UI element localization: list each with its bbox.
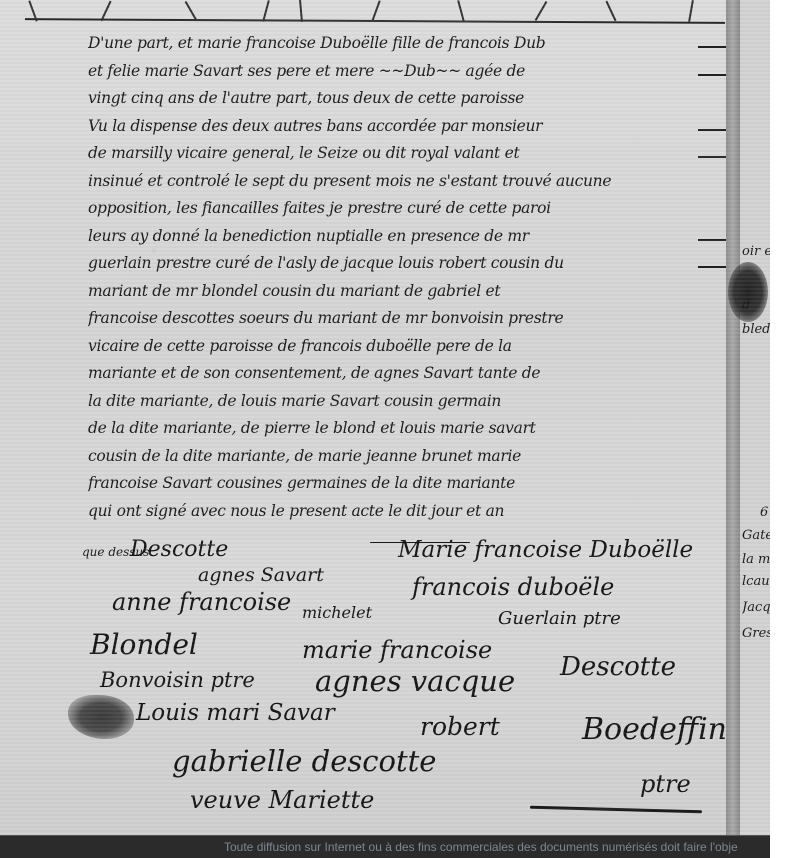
- signature-underline: [530, 806, 702, 814]
- manuscript-line: la dite mariante, de louis marie Savart …: [88, 388, 728, 416]
- right-margin-fragment: d: [742, 298, 770, 313]
- right-margin-fragment: la mar: [742, 552, 770, 567]
- book-gutter: [726, 0, 740, 835]
- manuscript-line: vicaire de cette paroisse de francois du…: [88, 333, 728, 361]
- manuscript-line: mariant de mr blondel cousin du mariant …: [88, 278, 728, 306]
- signature-boedeffin: Boedeffin: [582, 712, 727, 747]
- flourish-stroke: [535, 1, 548, 21]
- signature-gabrielle-descotte: gabrielle descotte: [172, 744, 436, 778]
- flourish-stroke: [371, 0, 380, 21]
- manuscript-line: de marsilly vicaire general, le Seize ou…: [88, 140, 728, 168]
- signature-agnes-vacque: agnes vacque: [315, 664, 515, 698]
- manuscript-line: de la dite mariante, de pierre le blond …: [88, 415, 728, 443]
- manuscript-line: Vu la dispense des deux autres bans acco…: [88, 113, 728, 141]
- signature-ptre: ptre: [640, 770, 691, 798]
- manuscript-line: mariante et de son consentement, de agne…: [88, 360, 728, 388]
- signature-bonvoisin-ptre: Bonvoisin ptre: [100, 668, 255, 692]
- manuscript-body: D'une part, et marie francoise Duboëlle …: [88, 30, 728, 525]
- manuscript-line: opposition, les fiancailles faites je pr…: [88, 195, 728, 223]
- blank-margin: [770, 0, 800, 858]
- signature-rule: [370, 542, 470, 543]
- scanned-register-page: D'une part, et marie francoise Duboëlle …: [0, 0, 770, 835]
- signature-louis-mari-savar: Louis mari Savar: [136, 700, 335, 726]
- signature-francois-duboelle: francois duboële: [412, 573, 614, 601]
- right-margin-fragment: Jacque: [742, 600, 770, 615]
- manuscript-line: cousin de la dite mariante, de marie jea…: [88, 443, 728, 471]
- manuscript-line: vingt cinq ans de l'autre part, tous deu…: [88, 85, 728, 113]
- ink-stain: [68, 695, 134, 739]
- signature-agnes-savart: agnes Savart: [198, 564, 324, 586]
- signature-michelet: michelet: [302, 603, 372, 622]
- right-margin-fragment: bled: [742, 322, 770, 337]
- signature-blondel: Blondel: [90, 628, 198, 661]
- right-margin-fragment: Gatem: [742, 528, 770, 543]
- right-margin-fragment: 6: [760, 505, 770, 520]
- manuscript-line: insinué et controlé le sept du present m…: [88, 168, 728, 196]
- top-rule-line: [25, 18, 725, 24]
- manuscript-line: guerlain prestre curé de l'asly de jacqu…: [88, 250, 728, 278]
- manuscript-line: leurs ay donné la benediction nuptialle …: [88, 223, 728, 251]
- signature-descotte-2: Descotte: [560, 652, 676, 682]
- manuscript-line: francoise descottes soeurs du mariant de…: [88, 305, 728, 333]
- signature-anne-francoise: anne francoise: [112, 588, 291, 616]
- flourish-stroke: [688, 0, 694, 22]
- flourish-stroke: [457, 0, 465, 22]
- manuscript-line: et felie marie Savart ses pere et mere ~…: [88, 58, 728, 86]
- copyright-notice: Toute diffusion sur Internet ou à des fi…: [224, 840, 738, 854]
- right-margin-fragment: lcaue: [742, 574, 770, 589]
- signature-marie-francoise-duboelle: Marie francoise Duboëlle: [398, 537, 693, 563]
- flourish-stroke: [605, 1, 616, 22]
- document-viewer[interactable]: D'une part, et marie francoise Duboëlle …: [0, 0, 770, 858]
- signature-veuve-mariette: veuve Mariette: [190, 786, 374, 814]
- signature-descotte: Descotte: [130, 537, 228, 562]
- manuscript-line: francoise Savart cousines germaines de l…: [88, 470, 728, 498]
- ink-stain-right: [728, 262, 768, 322]
- right-margin-fragment: oir e: [742, 244, 770, 259]
- manuscript-line: D'une part, et marie francoise Duboëlle …: [88, 30, 728, 58]
- right-margin-fragment: Gres: [742, 626, 770, 641]
- signature-marie-francoise: marie francoise: [302, 636, 492, 664]
- manuscript-line: qui ont signé avec nous le present acte …: [88, 498, 728, 526]
- copyright-banner: Toute diffusion sur Internet ou à des fi…: [0, 835, 770, 858]
- signature-guerlain-ptre: Guerlain ptre: [498, 608, 621, 629]
- signature-robert: robert: [420, 712, 500, 741]
- adjacent-page-edge: [740, 0, 770, 835]
